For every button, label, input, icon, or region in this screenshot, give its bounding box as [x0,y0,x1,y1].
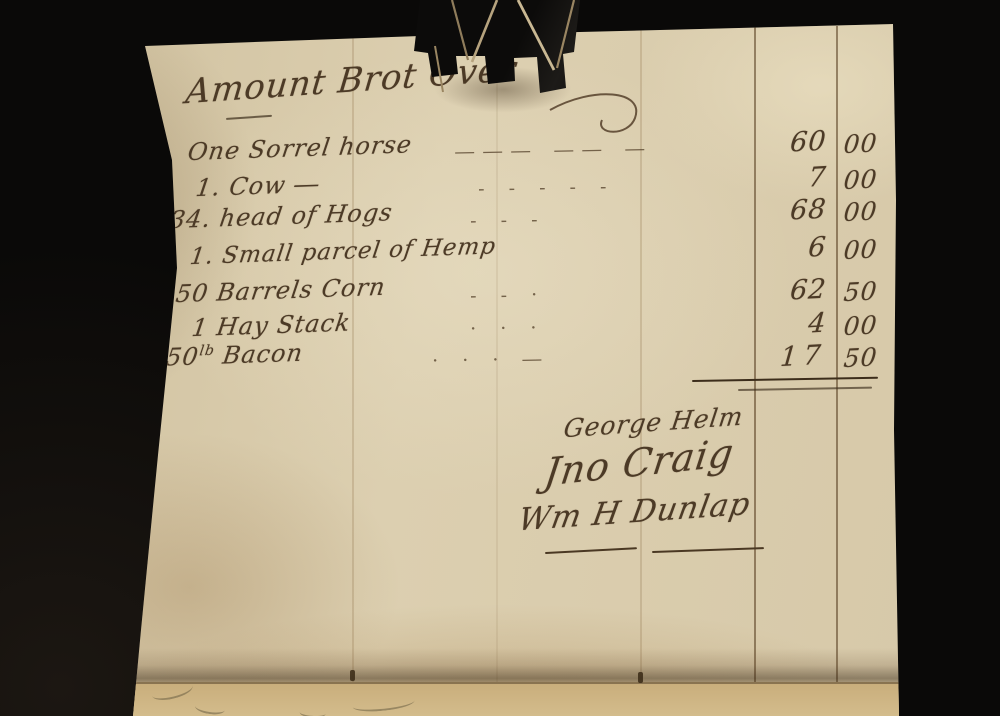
amount-cents: 00 [842,196,878,227]
bacon-weight: 350 [148,342,201,372]
row-leader: · · · ― [432,348,551,372]
binder-clip-wire-handles [408,0,594,112]
heading-underline [226,115,272,120]
amount-dollars: 68 [739,193,828,229]
folded-paper-strip [0,682,1000,716]
amount-cents: 00 [842,128,878,159]
ledger-row-item: 1 Hay Stack [190,308,353,342]
ledger-row-item: 34. head of Hogs [168,198,395,234]
fold-shadow [0,648,1000,686]
amount-cents: 50 [842,342,878,373]
ledger-row-item: 350lb Bacon [148,339,305,373]
bacon-label: Bacon [212,339,305,370]
signature-underline [652,547,764,553]
fold-crease-notch [638,672,643,683]
signature-underline [545,547,637,554]
amount-dollars: 17 [739,339,828,375]
amount-cents: 50 [842,276,878,307]
ledger-row-item: 1. Small parcel of Hemp [188,233,498,270]
amount-dollars: 6 [739,231,828,267]
row-leader: ――― ―― ― [455,138,653,163]
row-leader: - - · [470,284,546,307]
ledger-row-item: One Sorrel horse [186,130,414,166]
row-leader: - - - - - [478,176,616,200]
amount-cents: 00 [842,310,878,341]
ledger-row-item: 50 Barrels Corn [174,273,387,308]
total-rule-secondary [738,387,872,391]
binder-clip [408,0,594,112]
ledger-row-item: 1. Cow ― [194,170,321,202]
amount-cents: 00 [842,234,878,265]
amount-dollars: 4 [739,307,828,343]
document-photo: Amount Brot Over One Sorrel horse ――― ――… [0,0,1000,716]
total-rule [692,377,878,382]
vertical-fold-crease [496,30,498,716]
amount-dollars: 60 [739,125,828,161]
cents-column-rule [836,26,838,716]
amount-dollars: 62 [739,273,828,309]
fold-crease-notch [350,670,355,681]
amount-cents: 00 [842,164,878,195]
row-leader: · · · [470,317,546,340]
amount-dollars: 7 [739,161,828,197]
row-leader: - - - [470,209,547,232]
